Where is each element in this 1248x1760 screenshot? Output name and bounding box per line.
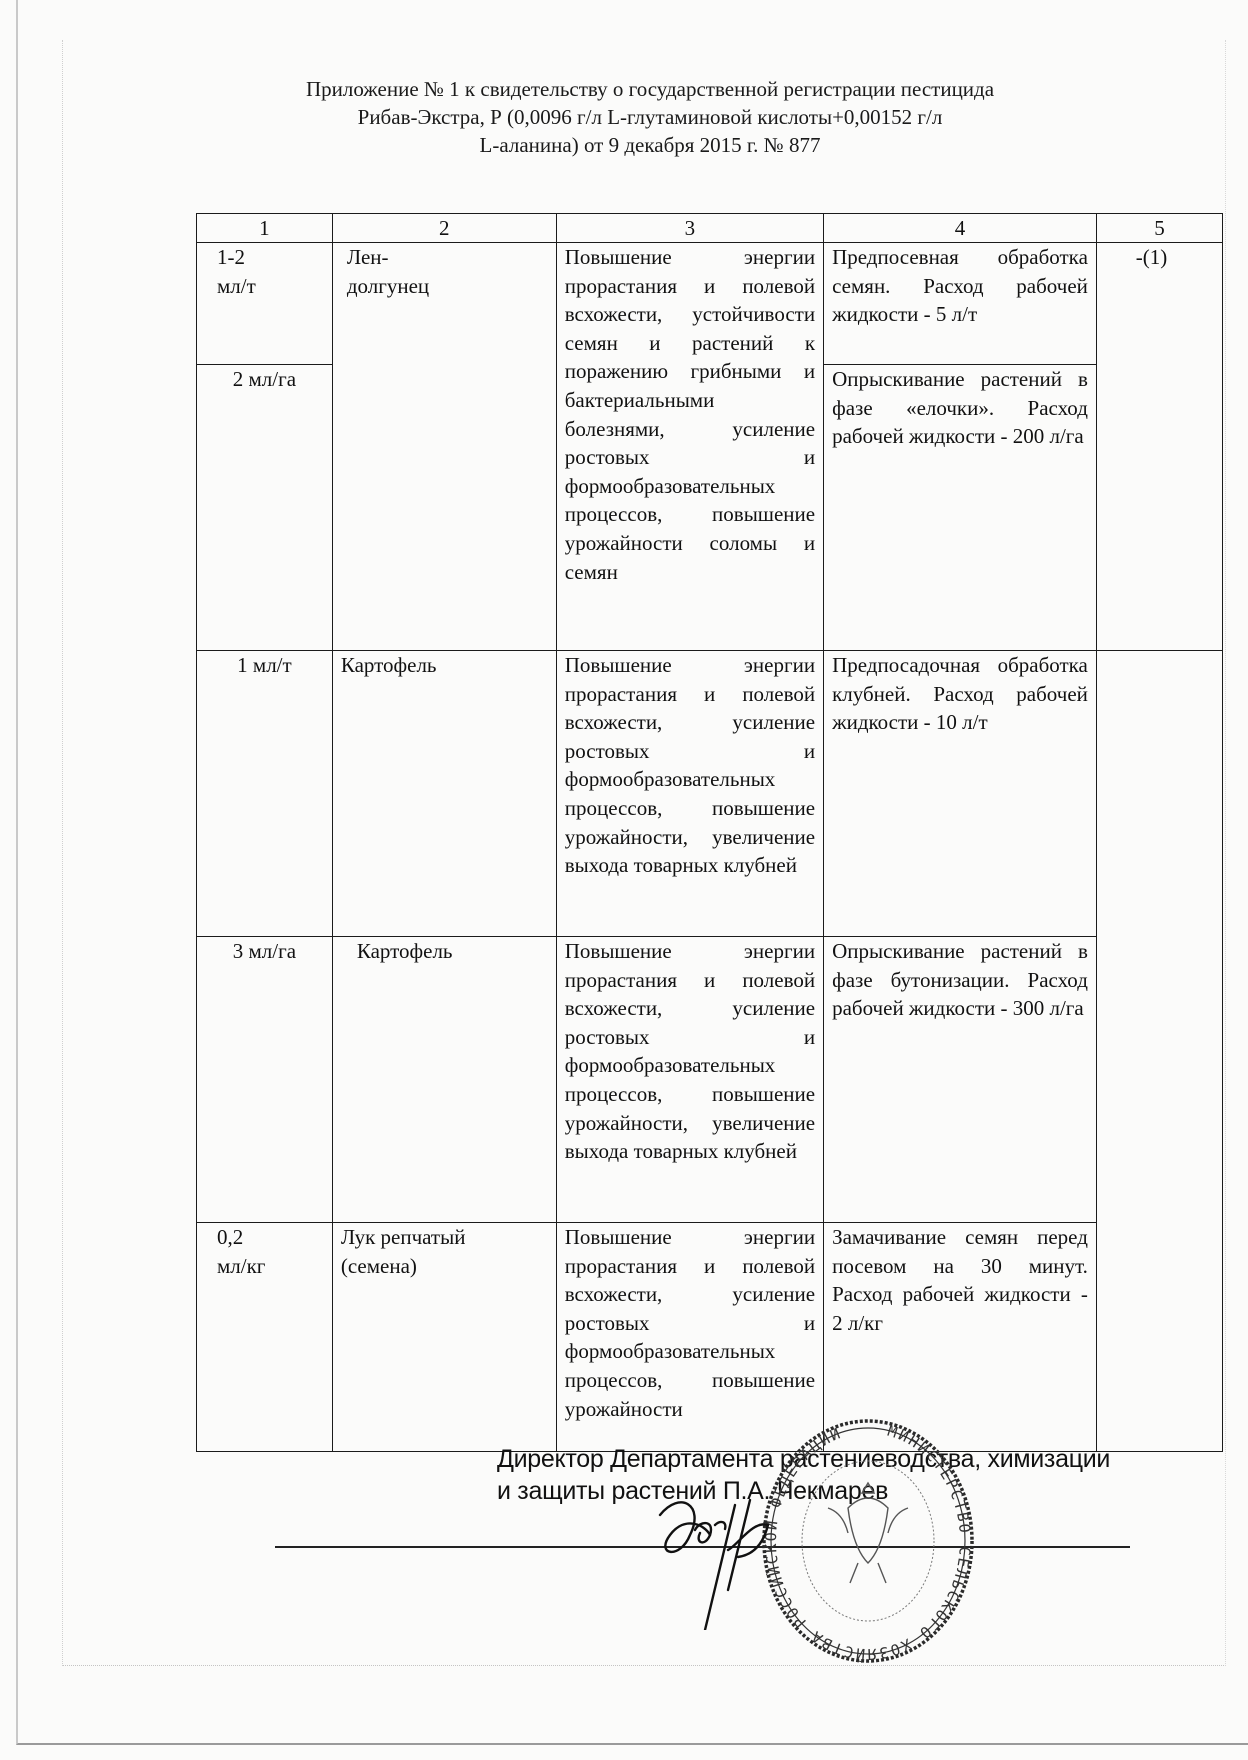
waiting-period-cell <box>1096 651 1222 1452</box>
rate-cell: 2 мл/га <box>197 365 333 651</box>
document-header: Приложение № 1 к свидетельству о государ… <box>230 75 1070 159</box>
column-number-row: 1 2 3 4 5 <box>197 214 1223 243</box>
column-header-3: 3 <box>556 214 823 243</box>
rate-cell: 3 мл/га <box>197 937 333 1223</box>
header-line-2: Рибав-Экстра, Р (0,0096 г/л L-глутаминов… <box>230 103 1070 131</box>
method-cell: Предпосевная обработка семян. Расход раб… <box>824 243 1097 365</box>
crop-cell: Картофель <box>332 937 556 1223</box>
table-row: 3 мл/га Картофель Повышение энергии прор… <box>197 937 1223 1223</box>
table-row: 1-2 мл/т Лен-долгунец Повышение энергии … <box>197 243 1223 365</box>
header-line-3: L-аланина) от 9 декабря 2015 г. № 877 <box>230 131 1070 159</box>
table-row: 0,2 мл/кг Лук репчатый (семена) Повышени… <box>197 1223 1223 1452</box>
header-line-1: Приложение № 1 к свидетельству о государ… <box>230 75 1070 103</box>
column-header-2: 2 <box>332 214 556 243</box>
column-header-1: 1 <box>197 214 333 243</box>
crop-cell: Картофель <box>332 651 556 937</box>
rate-cell: 1 мл/т <box>197 651 333 937</box>
method-cell: Опрыскивание растений в фазе «елочки». Р… <box>824 365 1097 651</box>
handwritten-signature-icon <box>640 1490 780 1630</box>
column-header-5: 5 <box>1096 214 1222 243</box>
waiting-period-cell: -(1) <box>1096 243 1222 651</box>
purpose-cell: Повышение энергии прорастания и полевой … <box>556 243 823 651</box>
rate-cell: 0,2 мл/кг <box>197 1223 333 1452</box>
crop-cell: Лук репчатый (семена) <box>332 1223 556 1452</box>
svg-text:МИНИСТЕРСТВО СЕЛЬСКОГО ХОЗЯЙСТ: МИНИСТЕРСТВО СЕЛЬСКОГО ХОЗЯЙСТВА РОССИЙС… <box>761 1422 974 1663</box>
official-stamp-icon: МИНИСТЕРСТВО СЕЛЬСКОГО ХОЗЯЙСТВА РОССИЙС… <box>758 1413 978 1663</box>
crop-cell: Лен-долгунец <box>332 243 556 651</box>
purpose-cell: Повышение энергии прорастания и полевой … <box>556 937 823 1223</box>
table-row: 1 мл/т Картофель Повышение энергии прора… <box>197 651 1223 937</box>
method-cell: Предпосадочная обработка клубней. Расход… <box>824 651 1097 937</box>
purpose-cell: Повышение энергии прорастания и полевой … <box>556 651 823 937</box>
method-cell: Опрыскивание растений в фазе бутонизации… <box>824 937 1097 1223</box>
registration-table: 1 2 3 4 5 1-2 мл/т Лен-долгунец Повышени… <box>196 213 1223 1452</box>
rate-cell: 1-2 мл/т <box>197 243 333 365</box>
column-header-4: 4 <box>824 214 1097 243</box>
